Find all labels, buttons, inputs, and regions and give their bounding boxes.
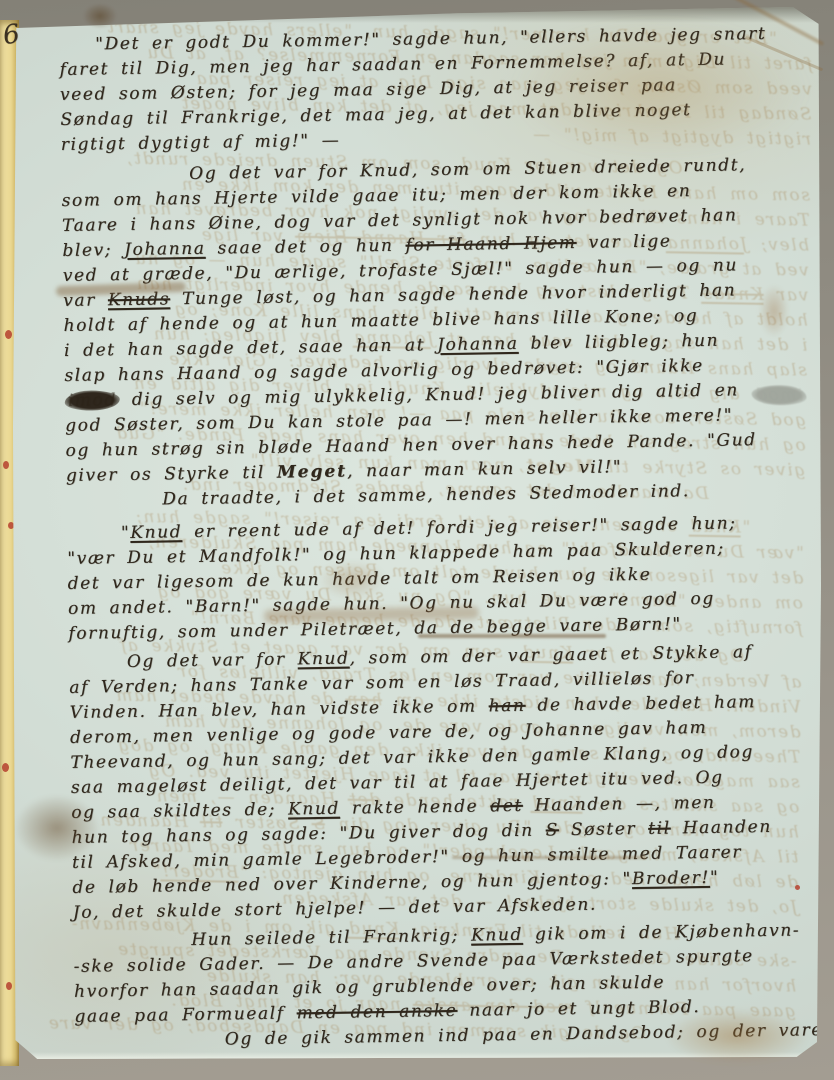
underlined-word: Knud — [130, 522, 182, 543]
underlined-word: Knud — [288, 799, 340, 820]
underlined-word: Johanna — [437, 334, 519, 355]
underlined-word: Johanna — [124, 239, 206, 260]
ink-blot: imod — [65, 390, 120, 411]
struck-word: med den anske — [296, 1001, 457, 1024]
struck-word: til — [648, 818, 671, 838]
underlined-struck-word: Knuds — [108, 289, 171, 310]
red-speck — [6, 982, 12, 990]
struck-word: det — [490, 796, 523, 817]
red-speck — [2, 763, 9, 772]
red-speck — [8, 522, 14, 529]
red-speck — [795, 885, 800, 890]
emphasized-word: Meget — [277, 462, 348, 483]
underlined-word: Knud — [297, 649, 349, 670]
manuscript-scan: "Det er godt Du kommer!" sagde hun, "ell… — [0, 0, 834, 1080]
ink-stain — [84, 4, 116, 28]
red-speck — [5, 330, 12, 339]
red-speck — [3, 461, 9, 469]
struck-word: for Haand Hjem — [405, 233, 576, 256]
manuscript-text: "Det er godt Du kommer!" sagde hun, "ell… — [59, 21, 834, 1055]
page-number: 6 — [1, 19, 22, 51]
struck-word: han — [488, 696, 525, 717]
struck-word: S — [546, 820, 560, 840]
underlined-word: Knud — [471, 925, 523, 946]
manuscript-page: "Det er godt Du kommer!" sagde hun, "ell… — [13, 7, 821, 1059]
underlined-word: Broder! — [632, 868, 710, 889]
